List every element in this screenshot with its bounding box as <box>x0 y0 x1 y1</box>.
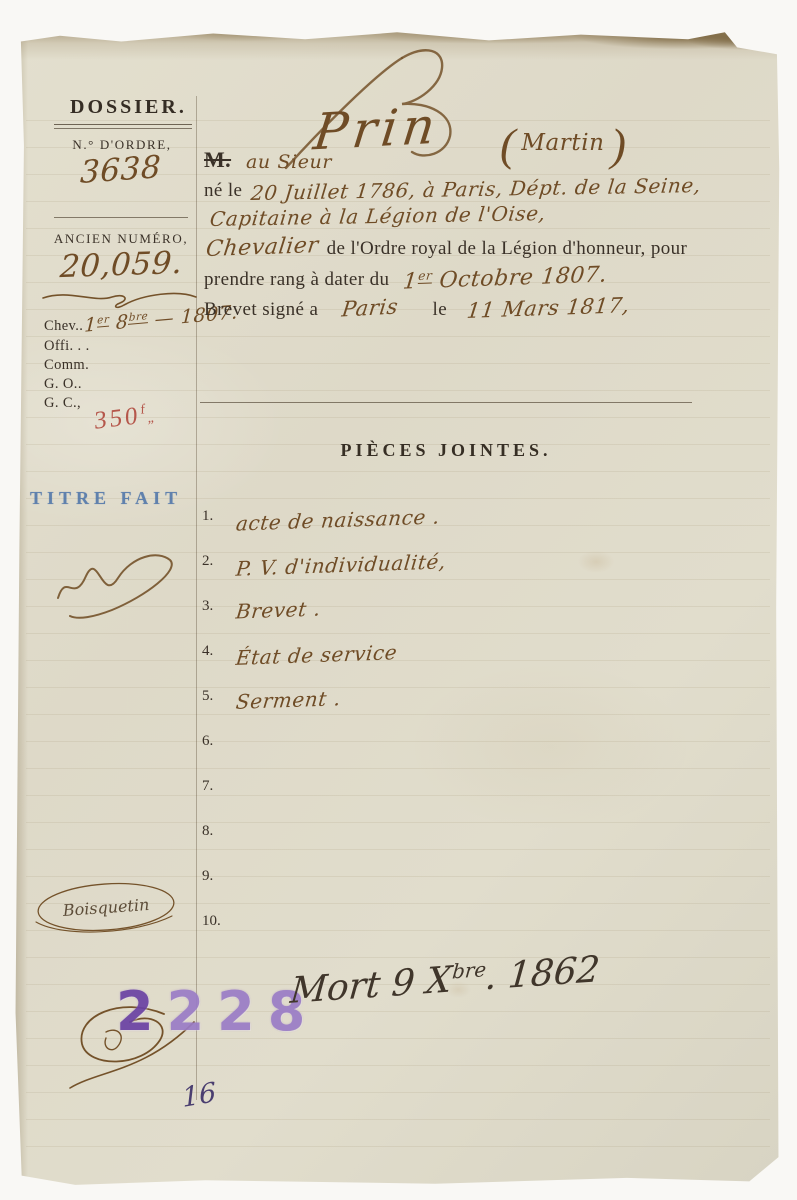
title-line: Chevalierde l'Ordre royal de la Légion d… <box>206 235 687 260</box>
document-paper: DOSSIER. N.° D'ORDRE, 3638 ANCIEN NUMÉRO… <box>14 30 780 1186</box>
titre-fait-stamp: TITRE FAIT <box>30 488 182 509</box>
paraph-initials-flourish <box>50 546 190 626</box>
pieces-jointes-list: 1.acte de naissance . 2.P. V. d'individu… <box>202 508 446 958</box>
item-number: 6. <box>202 733 232 750</box>
grade-label-comm: Comm. <box>44 357 89 373</box>
list-item: 7. <box>202 778 446 823</box>
item-number: 1. <box>202 508 232 525</box>
rank-line: Capitaine à la Légion de l'Oise, <box>209 201 547 231</box>
brevet-line: Brevet signé aParisle11 Mars 1817, <box>204 296 630 321</box>
list-item: 9. <box>202 868 446 913</box>
paper-left-stain <box>14 30 28 1186</box>
list-item: 10. <box>202 913 446 958</box>
recipient-firstname-group: (Martin) <box>500 118 626 171</box>
birth-line: né le20 Juillet 1786, à Paris, Dépt. de … <box>204 177 701 202</box>
birth-handwritten: 20 Juillet 1786, à Paris, Dépt. de la Se… <box>250 173 702 205</box>
order-number-value: 3638 <box>79 149 161 191</box>
brevet-date-handwritten: 11 Mars 1817, <box>466 293 632 323</box>
recipient-surname: Prin <box>310 96 443 161</box>
list-item: 5.Serment . <box>202 688 446 733</box>
item-number: 10. <box>202 913 232 930</box>
dossier-heading: DOSSIER. <box>70 96 187 119</box>
brevet-place-handwritten: Paris <box>341 294 400 321</box>
dossier-double-rule <box>54 124 192 129</box>
item-number: 5. <box>202 688 232 705</box>
birth-printed: né le <box>204 180 242 201</box>
recipient-firstname: Martin <box>521 130 604 156</box>
list-item: 3.Brevet . <box>202 598 446 643</box>
item-text: Serment . <box>235 686 342 714</box>
grade-label-offi: Offi. . . <box>44 338 90 354</box>
rang-handwritten: 1er Octobre 1807. <box>402 262 609 294</box>
list-item: 1.acte de naissance . <box>202 508 446 553</box>
death-date-annotation: Mort 9 Xbre. 1862 <box>289 949 602 1012</box>
item-number: 2. <box>202 553 232 570</box>
item-number: 8. <box>202 823 232 840</box>
brevet-printed-a: Brevet signé a <box>204 299 318 320</box>
item-text: Brevet . <box>235 596 322 623</box>
grade-row-commandeur: Comm. <box>44 357 89 374</box>
brevet-printed-b: le <box>433 299 448 320</box>
list-item: 2.P. V. d'individualité, <box>202 553 446 598</box>
grade-label-chev: Chev.. <box>44 318 83 334</box>
item-text: État de service <box>235 640 399 670</box>
item-number: 4. <box>202 643 232 660</box>
grade-row-grand-officier: G. O.. <box>44 376 82 393</box>
fee-annotation: 350f„ <box>94 400 157 436</box>
pieces-jointes-heading: PIÈCES JOINTES. <box>200 440 692 461</box>
item-number: 9. <box>202 868 232 885</box>
paren-close: ) <box>611 119 626 170</box>
section-divider-rule <box>200 402 692 403</box>
old-number-value: 20,059. <box>59 245 184 285</box>
grade-row-grand-croix: G. C., <box>44 395 81 412</box>
rang-line: prendre rang à dater du1er Octobre 1807. <box>204 266 608 291</box>
grade-row-officier: Offi. . . <box>44 338 90 355</box>
item-number: 7. <box>202 778 232 795</box>
sidebar-rule <box>54 217 188 218</box>
list-item: 8. <box>202 823 446 868</box>
item-text: acte de naissance . <box>235 504 441 535</box>
item-number: 3. <box>202 598 232 615</box>
list-item: 4.État de service <box>202 643 446 688</box>
item-text: P. V. d'individualité, <box>235 549 447 580</box>
list-item: 6. <box>202 733 446 778</box>
grade-row-chevalier: Chev.. <box>44 318 83 335</box>
paren-open: ( <box>500 119 515 170</box>
oval-signature-text: Boisquetin <box>61 895 150 920</box>
title-handwritten: Chevalier <box>204 233 320 262</box>
page-number-pencil: 16 <box>181 1077 217 1114</box>
salutation-printed: M. <box>204 147 231 173</box>
grade-label-gc: G. C., <box>44 395 81 411</box>
rang-printed: prendre rang à dater du <box>204 269 389 290</box>
order-number-label: N.° D'ORDRE, <box>48 137 196 153</box>
title-printed: de l'Ordre royal de la Légion d'honneur,… <box>327 238 688 259</box>
grade-label-go: G. O.. <box>44 376 82 392</box>
oval-signature-stamp: Boisquetin <box>30 876 182 946</box>
